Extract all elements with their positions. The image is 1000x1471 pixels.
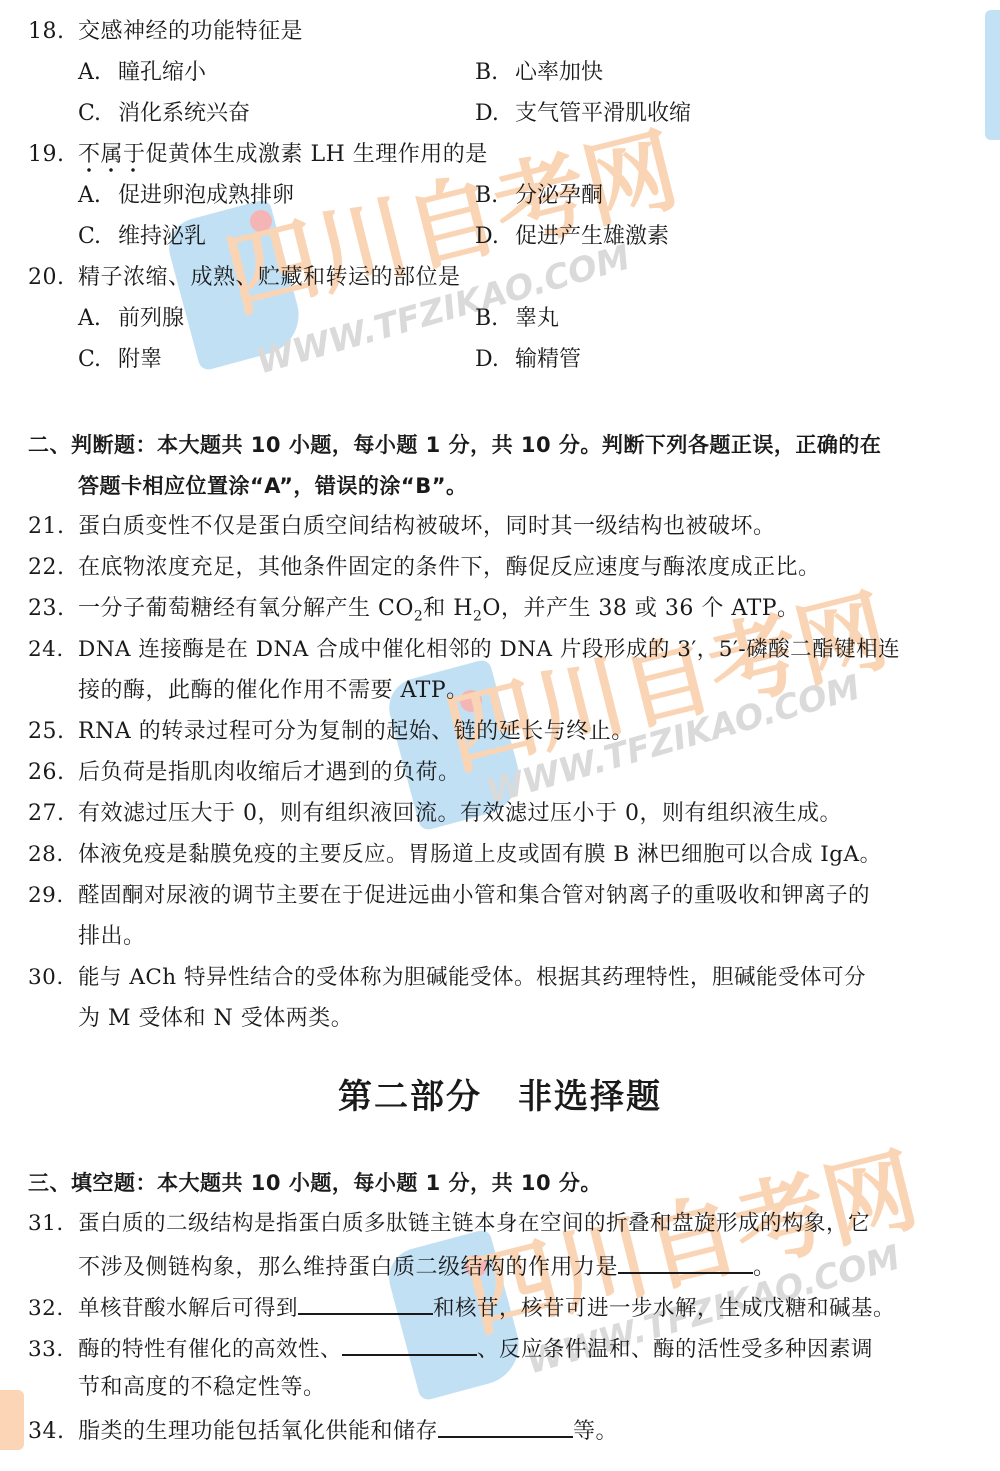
watermark-logo-dot-icon bbox=[250, 210, 272, 232]
answer-blank[interactable] bbox=[618, 1250, 753, 1274]
option-18-b: B.心率加快 bbox=[475, 58, 603, 88]
answer-blank[interactable] bbox=[342, 1332, 477, 1356]
question-29-cont: 排出。 bbox=[78, 922, 146, 952]
question-stem: 促黄体生成激素 LH 生理作用的是 bbox=[146, 142, 488, 167]
part-2-title: 第二部分 非选择题 bbox=[0, 1075, 1000, 1119]
watermark-edge-left bbox=[0, 1390, 24, 1450]
question-33: 33.酶的特性有催化的高效性、、反应条件温和、酶的活性受多种因素调 bbox=[28, 1332, 873, 1365]
question-20: 20.精子浓缩、成熟、贮藏和转运的部位是 bbox=[28, 263, 461, 293]
question-24: 24.DNA 连接酶是在 DNA 合成中催化相邻的 DNA 片段形成的 3′，5… bbox=[28, 635, 900, 665]
option-18-c: C.消化系统兴奋 bbox=[78, 99, 250, 129]
question-30-cont: 为 M 受体和 N 受体两类。 bbox=[78, 1004, 353, 1034]
question-30: 30.能与 ACh 特异性结合的受体称为胆碱能受体。根据其药理特性，胆碱能受体可… bbox=[28, 963, 866, 993]
question-19: 19.不属于促黄体生成激素 LH 生理作用的是 bbox=[28, 140, 488, 170]
question-stem: 交感神经的功能特征是 bbox=[78, 19, 303, 44]
question-22: 22.在底物浓度充足，其他条件固定的条件下，酶促反应速度与酶浓度成正比。 bbox=[28, 553, 821, 583]
exam-page: 四川自考网 WWW.TFZIKAO.COM 四川自考网 WWW.TFZIKAO.… bbox=[0, 0, 1000, 1471]
question-25: 25.RNA 的转录过程可分为复制的起始、链的延长与终止。 bbox=[28, 717, 634, 747]
option-18-d: D.支气管平滑肌收缩 bbox=[475, 99, 691, 129]
option-18-a: A.瞳孔缩小 bbox=[78, 58, 206, 88]
watermark-brand: 四川自考网 bbox=[431, 557, 899, 792]
question-28: 28.体液免疫是黏膜免疫的主要反应。胃肠道上皮或固有膜 B 淋巴细胞可以合成 I… bbox=[28, 840, 882, 870]
option-19-a: A.促进卵泡成熟排卵 bbox=[78, 181, 294, 211]
question-21: 21.蛋白质变性不仅是蛋白质空间结构被破坏，同时其一级结构也被破坏。 bbox=[28, 512, 776, 542]
option-19-c: C.维持泌乳 bbox=[78, 222, 206, 252]
question-34: 34.脂类的生理功能包括氧化供能和储存等。 bbox=[28, 1414, 618, 1447]
question-18: 18.交感神经的功能特征是 bbox=[28, 17, 303, 47]
question-29: 29.醛固酮对尿液的调节主要在于促进远曲小管和集合管对钠离子的重吸收和钾离子的 bbox=[28, 881, 870, 911]
question-27: 27.有效滤过压大于 0，则有组织液回流。有效滤过压小于 0，则有组织液生成。 bbox=[28, 799, 842, 829]
question-23: 23.一分子葡萄糖经有氧分解产生 CO2和 H2O，并产生 38 或 36 个 … bbox=[28, 594, 800, 631]
option-20-a: A.前列腺 bbox=[78, 304, 184, 334]
section-3-heading: 三、填空题：本大题共 10 小题，每小题 1 分，共 10 分。 bbox=[28, 1168, 602, 1198]
question-26: 26.后负荷是指肌肉收缩后才遇到的负荷。 bbox=[28, 758, 461, 788]
option-20-d: D.输精管 bbox=[475, 345, 581, 375]
question-24-cont: 接的酶，此酶的催化作用不需要 ATP。 bbox=[78, 676, 469, 706]
question-31: 31.蛋白质的二级结构是指蛋白质多肽链主链本身在空间的折叠和盘旋形成的构象，它 bbox=[28, 1209, 870, 1239]
question-32: 32.单核苷酸水解后可得到和核苷，核苷可进一步水解，生成戊糖和碱基。 bbox=[28, 1291, 895, 1324]
watermark-edge-right bbox=[985, 10, 1000, 140]
section-2-heading: 二、判断题：本大题共 10 小题，每小题 1 分，共 10 分。判断下列各题正误… bbox=[28, 430, 881, 460]
answer-blank[interactable] bbox=[298, 1291, 433, 1315]
option-19-b: B.分泌孕酮 bbox=[475, 181, 603, 211]
option-20-b: B.睾丸 bbox=[475, 304, 559, 334]
question-31-cont: 不涉及侧链构象，那么维持蛋白质二级结构的作用力是。 bbox=[78, 1250, 776, 1283]
question-33-cont: 节和高度的不稳定性等。 bbox=[78, 1373, 326, 1403]
answer-blank[interactable] bbox=[438, 1414, 573, 1438]
section-2-heading-cont: 答题卡相应位置涂“A”，错误的涂“B”。 bbox=[78, 471, 468, 501]
watermark-brand: 四川自考网 bbox=[211, 96, 689, 335]
option-19-d: D.促进产生雄激素 bbox=[475, 222, 669, 252]
question-stem: 精子浓缩、成熟、贮藏和转运的部位是 bbox=[78, 265, 461, 290]
emphasis-text: 不属于 bbox=[78, 142, 146, 173]
option-20-c: C.附睾 bbox=[78, 345, 162, 375]
